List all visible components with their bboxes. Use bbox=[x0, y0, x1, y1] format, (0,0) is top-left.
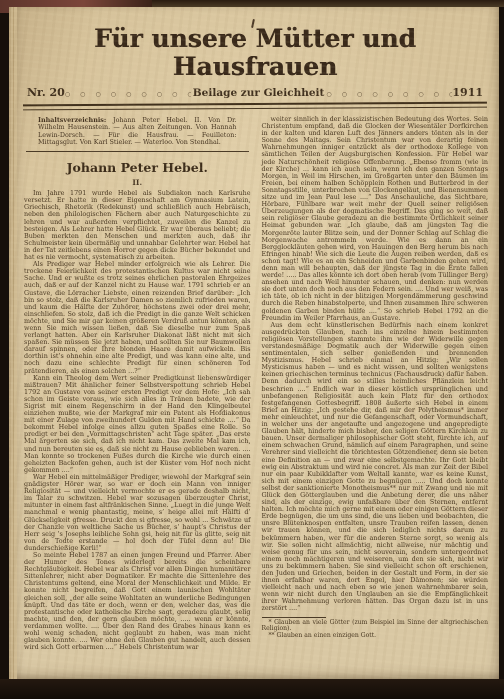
masthead-subtitle: Beilage zur Gleichheit bbox=[191, 87, 327, 99]
paragraph: Als Prediger war Hebel minder erfolgreic… bbox=[24, 261, 251, 375]
paragraph: Aus dem echt künstlerischen Bedürfnis na… bbox=[262, 322, 489, 613]
masthead-title: Für unsere Mütter und Hausfrauen bbox=[19, 25, 491, 81]
issue-number: Nr. 20 bbox=[27, 86, 65, 99]
toc-rule bbox=[26, 151, 249, 152]
article-title: Johann Peter Hebel. bbox=[24, 160, 251, 175]
ornament-dots-right: ○ ○ ○ ○ ○ ○ ○ ○ ○ bbox=[326, 88, 452, 98]
page-content: Für unsere Mütter und Hausfrauen Nr. 20 … bbox=[19, 19, 491, 665]
table-of-contents: Inhaltsverzeichnis: Johann Peter Hebel. … bbox=[24, 116, 251, 146]
paragraph: War Hebel ein mittelmäßiger Prediger, wi… bbox=[24, 474, 251, 552]
table-surface-top bbox=[150, 0, 504, 7]
article-part-label: II. bbox=[24, 178, 251, 187]
photo-background: Für unsere Mütter und Hausfrauen Nr. 20 … bbox=[0, 0, 504, 699]
table-surface-bottom bbox=[0, 679, 504, 699]
footnote-rule bbox=[262, 617, 326, 618]
masthead-subhead-row: Nr. 20 ○ ○ ○ ○ ○ ○ ○ ○ ○ Beilage zur Gle… bbox=[27, 86, 483, 99]
footnote: ** Glauben an einen einzigen Gott. bbox=[262, 633, 489, 640]
paragraph: Im Jahre 1791 wurde Hebel als Subdiakon … bbox=[24, 190, 251, 261]
paragraph: weiter sinnlich in der klassizistischen … bbox=[262, 116, 489, 322]
year-label: 1911 bbox=[452, 86, 483, 99]
page-edge-stack bbox=[9, 7, 17, 679]
footnote: * Glauben an viele Götter (zum Beispiel … bbox=[262, 620, 489, 634]
text-columns: Inhaltsverzeichnis: Johann Peter Hebel. … bbox=[19, 109, 491, 651]
newspaper-page: Für unsere Mütter und Hausfrauen Nr. 20 … bbox=[9, 7, 499, 679]
paragraph: Kann ein Theolog dem Wert seiner Predigt… bbox=[24, 375, 251, 474]
column-right: weiter sinnlich in der klassizistischen … bbox=[262, 116, 489, 651]
column-left: Inhaltsverzeichnis: Johann Peter Hebel. … bbox=[24, 116, 251, 651]
paragraph: So meinte Hebel 1787 an einen jungen Fre… bbox=[24, 552, 251, 651]
ornament-dots-left: ○ ○ ○ ○ ○ ○ ○ ○ ○ bbox=[65, 88, 191, 98]
